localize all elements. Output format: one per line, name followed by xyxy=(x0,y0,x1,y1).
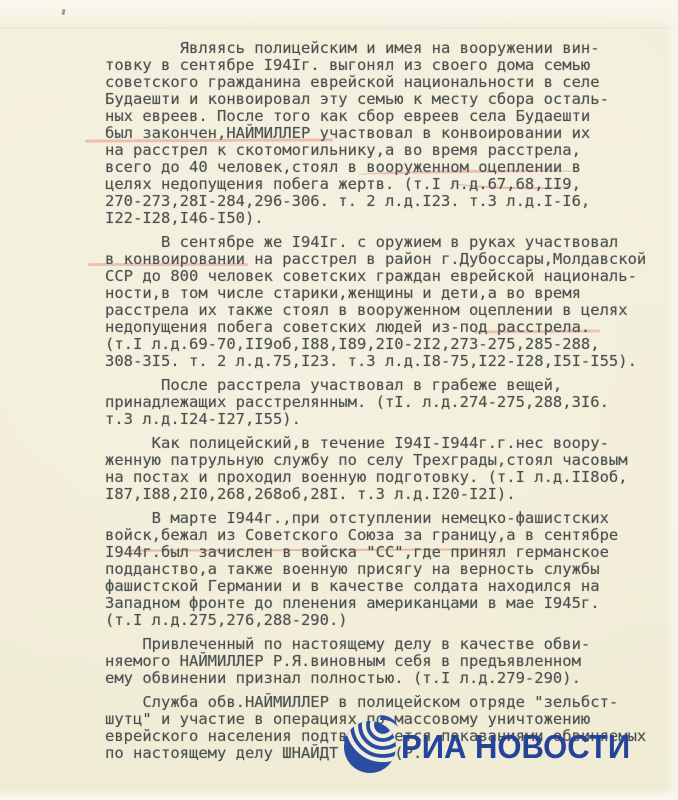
document-line: еврейского населения подтверждается пока… xyxy=(105,728,646,745)
document-line: После расстрела участвовал в грабеже вещ… xyxy=(105,377,646,394)
document-line: Являясь полицейским и имея на вооружении… xyxy=(105,40,646,57)
document-page: Являясь полицейским и имея на вооружении… xyxy=(0,0,678,800)
document-line: фашистской Германии и в качестве солдата… xyxy=(105,578,646,595)
document-line: подданство,а также военную присягу на ве… xyxy=(105,561,646,578)
document-line: принадлежащих расстрелянным. (тI. л.д.27… xyxy=(105,394,646,411)
document-line: Служба обв.НАЙМИЛЛЕР в полицейском отряд… xyxy=(105,694,646,711)
document-line: (т.I л.д.69-70,II9об,I88,I89,2I0-2I2,273… xyxy=(105,336,646,353)
document-line: т.3 л.д.I24-I27,I55). xyxy=(105,411,646,428)
document-line: Как полицейский,в течение I94I-I944г.г.н… xyxy=(105,435,646,452)
document-line: целях недопущения побега жертв. (т.I л.д… xyxy=(105,176,646,193)
paper-edge-bottom xyxy=(0,788,678,800)
document-line: Привлеченный по настоящему делу в качест… xyxy=(105,636,646,653)
document-line: I87,I88,2I0,268,268об,28I. т.3 л.д.I20-I… xyxy=(105,486,646,503)
paragraph: После расстрела участвовал в грабеже вещ… xyxy=(105,377,646,428)
paragraph: В сентябре же I94Iг. с оружием в руках у… xyxy=(105,234,646,370)
document-line: В сентябре же I94Iг. с оружием в руках у… xyxy=(105,234,646,251)
document-line: недопущения побега советских людей из-по… xyxy=(105,319,646,336)
paragraph: Как полицейский,в течение I94I-I944г.г.н… xyxy=(105,435,646,503)
document-line: шутц" и участие в операциях по массовому… xyxy=(105,711,646,728)
document-line: в конвоировании на расстрел в район г.Ду… xyxy=(105,251,646,268)
document-text: Являясь полицейским и имея на вооружении… xyxy=(105,40,646,769)
document-line: на постах и проходил военную подготовку.… xyxy=(105,469,646,486)
document-line: ности,в том числе старики,женщины и дети… xyxy=(105,285,646,302)
document-line: всего до 40 человек,стоял в вооруженном … xyxy=(105,159,646,176)
document-line: женную патрульную службу по селу Трехгра… xyxy=(105,452,646,469)
document-line: няемого НАЙМИЛЛЕР Р.Я.виновным себя в пр… xyxy=(105,653,646,670)
paragraph: В марте I944г.,при отступлении немецко-ф… xyxy=(105,510,646,629)
document-line: ему обвинении признал полностью. (т.I л.… xyxy=(105,670,646,687)
paragraph: Служба обв.НАЙМИЛЛЕР в полицейском отряд… xyxy=(105,694,646,762)
document-line: по настоящему делу ШНАЙДТ (Р. xyxy=(105,745,646,762)
document-line: ных евреев. После того как сбор евреев с… xyxy=(105,108,646,125)
document-line: 308-3I5. т. 2 л.д.75,I23. т.3 л.д.I8-75,… xyxy=(105,353,646,370)
document-line: ССР до 800 человек советских граждан евр… xyxy=(105,268,646,285)
document-line: (т.I л.д.275,276,288-290.) xyxy=(105,612,646,629)
document-line: войск,бежал из Советского Союза за грани… xyxy=(105,527,646,544)
document-line: В марте I944г.,при отступлении немецко-ф… xyxy=(105,510,646,527)
paragraph: Являясь полицейским и имея на вооружении… xyxy=(105,40,646,227)
document-line: советского гражданина еврейской национал… xyxy=(105,74,646,91)
document-line: товку в сентябре I94Iг. выгонял из своег… xyxy=(105,57,646,74)
document-line: Будаешти и конвоировал эту семью к месту… xyxy=(105,91,646,108)
document-line: I944г.был зачислен в войска "СС",где при… xyxy=(105,544,646,561)
paragraph: Привлеченный по настоящему делу в качест… xyxy=(105,636,646,687)
document-line: был закончен,НАЙМИЛЛЕР участвовал в конв… xyxy=(105,125,646,142)
paper-edge-top xyxy=(0,0,678,27)
document-line: расстрела их также стоял в вооруженном о… xyxy=(105,302,646,319)
document-line: на расстрел к скотомогильнику,а во время… xyxy=(105,142,646,159)
document-line: Западном фронте до пленения американцами… xyxy=(105,595,646,612)
document-line: 270-273,28I-284,296-306. т. 2 л.д.I23. т… xyxy=(105,193,646,210)
document-line: I22-I28,I46-I50). xyxy=(105,210,646,227)
paper-edge-right xyxy=(665,0,678,800)
